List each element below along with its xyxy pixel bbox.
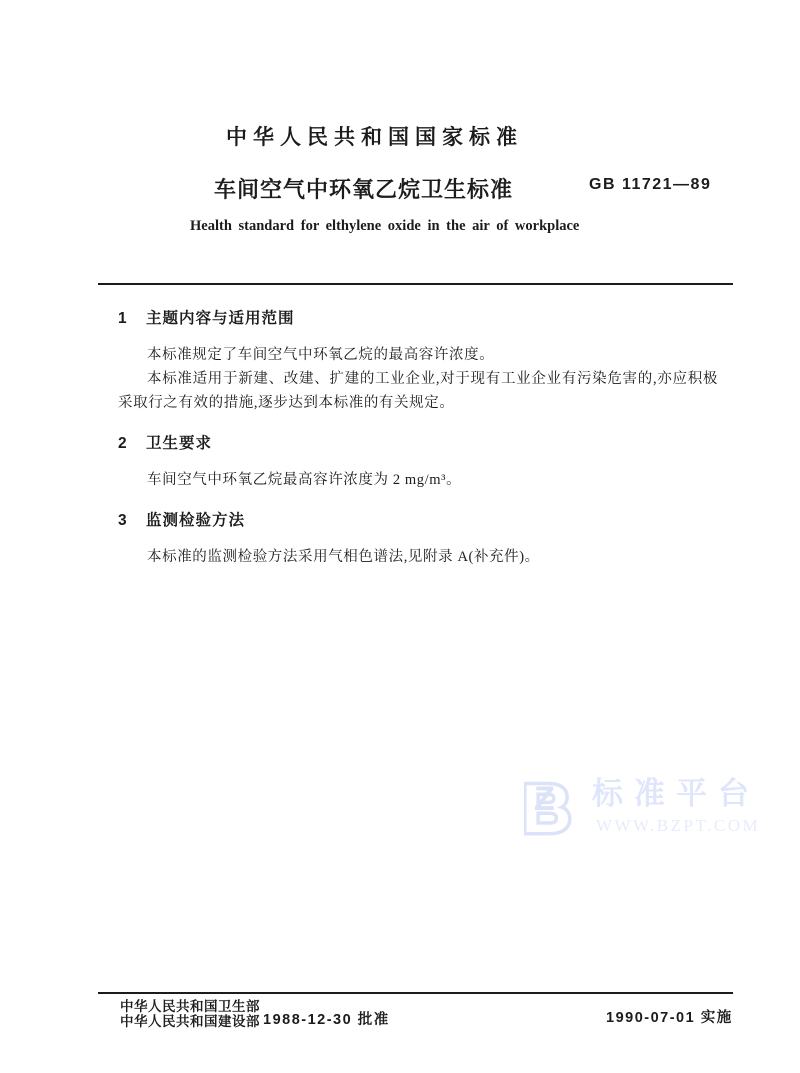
footer-issuers: 中华人民共和国卫生部 中华人民共和国建设部 [120,999,260,1029]
section-body: 车间空气中环氧乙烷最高容许浓度为 2 mg/m³。 [118,468,718,492]
watermark-title: 标准平台 [592,778,760,810]
paragraph: 本标准适用于新建、改建、扩建的工业企业,对于现有工业企业有污染危害的,亦应积极采… [118,367,718,415]
header-divider [98,283,733,285]
paragraph: 本标准规定了车间空气中环氧乙烷的最高容许浓度。 [118,343,718,367]
paragraph: 本标准的监测检验方法采用气相色谱法,见附录 A(补充件)。 [118,545,718,569]
section-heading-text: 主题内容与适用范围 [146,310,295,327]
implementation-date: 1990-07-01 实施 [606,1006,733,1027]
svg-text:Z: Z [534,780,555,818]
section-heading-text: 监测检验方法 [146,512,245,529]
section-hygiene-requirement: 2卫生要求 车间空气中环氧乙烷最高容许浓度为 2 mg/m³。 [118,431,718,492]
issuer-line-2: 中华人民共和国建设部 [120,1014,260,1029]
bzpt-logo-icon: B Z [524,772,584,838]
org-title: 中华人民共和国国家标准 [226,121,523,151]
footer-divider [98,992,733,994]
section-scope: 1主题内容与适用范围 本标准规定了车间空气中环氧乙烷的最高容许浓度。 本标准适用… [118,306,718,415]
english-title: Health standard for elthylene oxide in t… [190,218,579,235]
document-body: 1主题内容与适用范围 本标准规定了车间空气中环氧乙烷的最高容许浓度。 本标准适用… [118,300,718,569]
section-heading-text: 卫生要求 [146,435,212,452]
issuer-line-1: 中华人民共和国卫生部 [120,999,260,1014]
standard-number: GB 11721—89 [589,176,711,194]
watermark: B Z 标准平台 WWW.BZPT.COM [524,772,760,838]
approval-date: 1988-12-30 批准 [263,1008,390,1029]
section-body: 本标准的监测检验方法采用气相色谱法,见附录 A(补充件)。 [118,545,718,569]
section-heading: 3监测检验方法 [118,508,718,530]
section-number: 3 [118,512,146,530]
section-number: 1 [118,310,146,328]
paragraph: 车间空气中环氧乙烷最高容许浓度为 2 mg/m³。 [118,468,718,492]
document-title: 车间空气中环氧乙烷卫生标准 [214,173,513,204]
section-heading: 2卫生要求 [118,431,718,453]
section-monitoring-method: 3监测检验方法 本标准的监测检验方法采用气相色谱法,见附录 A(补充件)。 [118,508,718,569]
section-number: 2 [118,435,146,453]
section-body: 本标准规定了车间空气中环氧乙烷的最高容许浓度。 本标准适用于新建、改建、扩建的工… [118,343,718,415]
section-heading: 1主题内容与适用范围 [118,306,718,328]
standard-document-page: 中华人民共和国国家标准 车间空气中环氧乙烷卫生标准 GB 11721—89 He… [0,0,800,1073]
watermark-text-block: 标准平台 WWW.BZPT.COM [592,772,760,836]
watermark-url: WWW.BZPT.COM [596,816,760,836]
